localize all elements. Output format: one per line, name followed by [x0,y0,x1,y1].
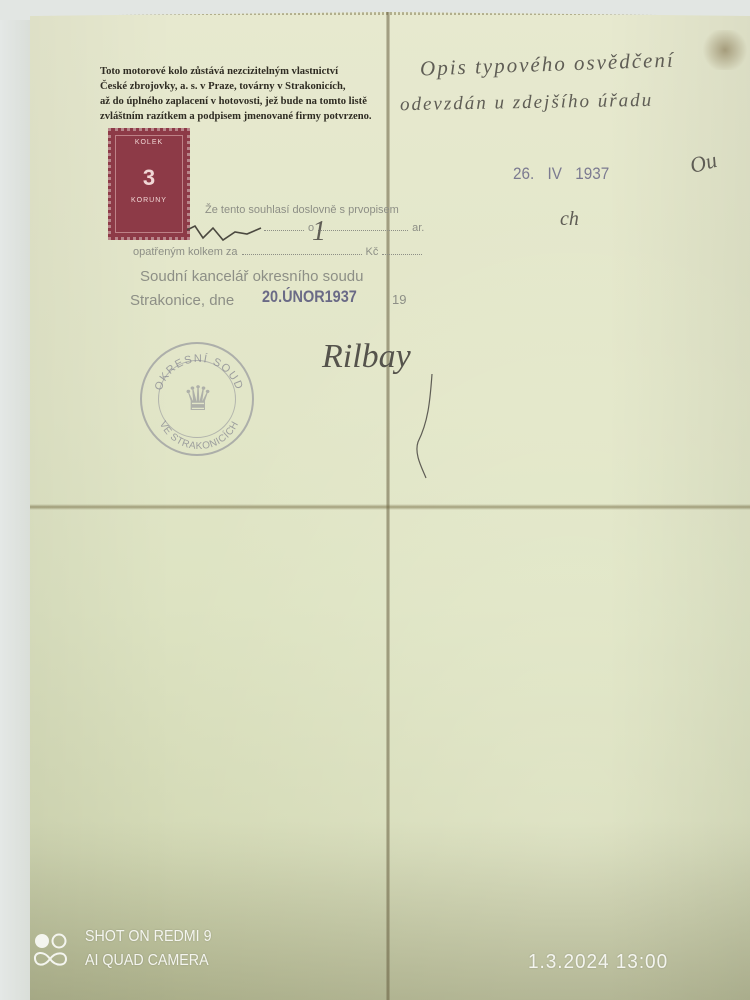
form-line-office: Soudní kancelář okresního soudu [140,268,363,285]
handwritten-squiggle [185,222,265,246]
handwritten-sheet-count: 1 [312,216,326,248]
received-date-stamp: 26. IV 1937 [513,164,609,184]
form-line-place-date: Strakonice, dne [130,292,234,309]
revenue-stamp-currency: KORUNY [111,197,187,204]
signature-stroke [410,372,440,482]
form-line-fee: opatřeným kolkem zaKč [133,246,426,258]
camera-model-text: SHOT ON REDMI 9 [85,928,212,946]
clause-line: zvláštním razítkem a podpisem jmenované … [100,109,390,124]
revenue-stamp-top-text: KOLEK [111,139,187,146]
camera-feature-text: AI QUAD CAMERA [85,952,209,970]
horizontal-fold-line [30,504,750,510]
revenue-stamp: KOLEK 3 KORUNY [108,128,190,240]
clause-line: Toto motorové kolo zůstává nezcizitelným… [100,64,390,79]
form-line-sheets: oar. [260,222,424,234]
clause-line: až do úplného zaplacení v hotovosti, jež… [100,94,390,109]
revenue-stamp-value: 3 [111,165,187,191]
handwritten-fill-ar: ch [560,208,579,231]
handwritten-signature: Rilbay [322,338,411,376]
clause-line: České zbrojovky, a. s. v Praze, továrny … [100,79,390,94]
quad-camera-icon [32,932,72,970]
district-court-seal: OKRESNÍ SOUD VE STRAKONICÍCH ♛ [140,342,254,456]
lion-emblem-icon: ♛ [178,378,218,422]
court-date-stamp: 20.ÚNOR1937 [262,287,357,307]
form-line-copy-attestation: Že tento souhlasí doslovně s prvopisem [205,204,399,216]
capture-datetime: 1.3.2024 13:00 [528,951,668,974]
handwritten-note-line2: odevzdán u zdejšího úřadu [400,90,654,116]
printed-ownership-clause: Toto motorové kolo zůstává nezcizitelným… [100,64,390,124]
corner-stain [700,30,750,70]
form-year-prefix: 19 [392,292,406,307]
